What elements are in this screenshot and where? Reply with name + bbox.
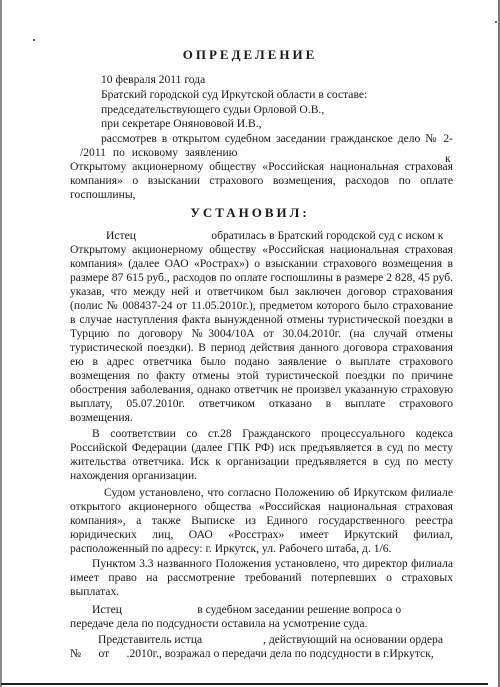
intro-line: /2011 по исковому заявлению <box>80 146 237 160</box>
paragraph-line: размере 87 615 руб., расходов по оплате … <box>70 271 453 285</box>
paragraph-line: Представитель истца , действующий на осн… <box>98 633 443 647</box>
court-line: Братский городской суд Иркутской области… <box>101 88 367 102</box>
paragraph-line: выплату, 05.07.2010г. ответчиком отказан… <box>70 397 453 411</box>
scan-speck <box>495 21 497 23</box>
paragraph-line: указав, что между ней и ответчиком был з… <box>70 285 453 299</box>
paragraph-line: имеет право на рассмотрение требований п… <box>70 571 453 585</box>
intro-line: компания» о взыскании страхового возмеще… <box>70 174 453 188</box>
paragraph-line: в случае наступления факта вынужденной о… <box>70 313 453 327</box>
paragraph-line: возмещения по факту отмены этой туристич… <box>70 369 453 383</box>
paragraph-line: компания» (далее ОАО «Рострах») о взыска… <box>70 257 453 271</box>
scan-edge-left <box>0 0 2 687</box>
paragraph-line: Истец обратилась в Братский городской су… <box>106 229 443 243</box>
section-heading: УСТАНОВИЛ: <box>0 205 500 221</box>
intro-line: Открытому акционерному обществу «Российс… <box>70 160 453 174</box>
paragraph-line: открытого акционерного общества «Российс… <box>70 500 453 514</box>
paragraph-line: № от .2010г., возражал о передачи дела п… <box>70 647 434 661</box>
paragraph-line: туристической поездки). В период действи… <box>70 341 453 355</box>
intro-line: рассмотрев в открытом судебном заседании… <box>101 132 453 146</box>
paragraph-line: расположенный по адресу: г. Иркутск, ул.… <box>70 542 391 556</box>
paragraph-line: Турцию по договору №3004/10А от 30.04.20… <box>70 327 453 341</box>
secretary-line: при секретаре Онянововой И.В., <box>101 117 262 131</box>
paragraph-line: Судом установлено, что согласно Положени… <box>104 486 453 500</box>
paragraph-line: В соответствии со ст.28 Гражданского про… <box>92 427 453 441</box>
paragraph-line: жительства ответчика. Иск к организации … <box>70 455 453 469</box>
scan-edge-bottom <box>1 683 488 685</box>
judge-line: председательствующего судьи Орловой О.В.… <box>101 103 324 117</box>
paragraph-line: Открытому акционерному обществу «Российс… <box>70 243 453 257</box>
paragraph-line: Пунктом 3.3 названного Положения установ… <box>92 557 453 571</box>
paragraph-line: Российской Федерации (далее ГПК РФ) иск … <box>70 441 453 455</box>
date-line: 10 февраля 2011 года <box>101 73 205 87</box>
paragraph-line: юридических лиц, ОАО «Росстрах» имеет Ир… <box>70 528 453 542</box>
paragraph-line: ею в адрес ответчика было подано заявлен… <box>70 355 453 369</box>
paragraph-line: выплатах. <box>70 585 119 599</box>
paragraph-line: компания», а также Выписке из Единого го… <box>70 514 453 528</box>
paragraph-line: возмещения. <box>70 411 133 425</box>
scan-speck <box>33 39 35 41</box>
paragraph-line: Истец в судебном заседании решение вопро… <box>92 603 401 617</box>
paragraph-line: передаче дела по подсудности оставила на… <box>70 617 367 631</box>
paragraph-line: обострения заболевания, однако ответчик … <box>70 383 453 397</box>
document-page: ОПРЕДЕЛЕНИЕ 10 февраля 2011 года Братски… <box>0 0 500 687</box>
paragraph-line: нахождения организации. <box>70 469 197 483</box>
intro-line: госпошлины, <box>70 188 136 202</box>
paragraph-line: (полис № 008437-24 от 11.05.2010г.), пре… <box>70 299 453 313</box>
document-title: ОПРЕДЕЛЕНИЕ <box>0 47 500 63</box>
